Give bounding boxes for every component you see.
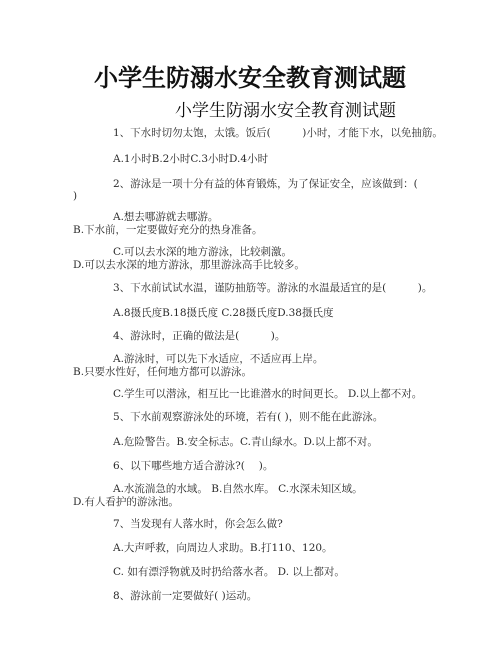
question-2-wrap: )	[73, 190, 77, 202]
question-7-options-cd: C. 如有漂浮物就及时扔给落水者。 D. 以上都对。	[113, 564, 345, 579]
question-6: 6、以下哪些地方适合游泳?( )。	[113, 458, 273, 473]
question-4-option-b: B.只要水性好，任何地方都可以游泳。	[73, 364, 252, 379]
document-title: 小学生防溺水安全教育测试题	[0, 58, 500, 93]
question-6-option-d: D.有人看护的游泳池。	[73, 494, 179, 509]
document-subtitle: 小学生防溺水安全教育测试题	[175, 96, 396, 121]
question-8: 8、游泳前一定要做好( )运动。	[113, 588, 257, 603]
question-2-option-d: D.可以去水深的地方游泳，那里游泳高手比较多。	[73, 257, 305, 272]
question-5: 5、下水前观察游泳处的环境，若有( )，则不能在此游泳。	[113, 409, 383, 424]
question-7: 7、当发现有人落水时，你会怎么做?	[113, 516, 283, 531]
question-1-options: A.1小时B.2小时C.3小时D.4小时	[113, 151, 268, 166]
question-5-options: A.危险警告。B.安全标志。C.青山绿水。D.以上都不对。	[113, 434, 378, 449]
question-3: 3、下水前试试水温，谨防抽筋等。游泳的水温最适宜的是( )。	[113, 280, 432, 295]
question-4: 4、游泳时，正确的做法是( )。	[113, 328, 285, 343]
question-3-options: A.8摄氏度B.18摄氏度 C.28摄氏度D.38摄氏度	[113, 305, 333, 320]
question-2-option-b: B.下水前，一定要做好充分的热身准备。	[73, 222, 263, 237]
question-2: 2、游泳是一项十分有益的体育锻炼，为了保证安全，应该做到：(	[113, 176, 418, 191]
question-7-options-ab: A.大声呼救，向周边人求助。B.打110、120。	[113, 540, 333, 555]
question-1: 1、下水时切勿太饱，太饿。饭后( )小时，才能下水，以免抽筋。	[113, 125, 443, 140]
question-4-option-cd: C.学生可以潜泳，相互比一比谁潜水的时间更长。 D.以上都不对。	[113, 386, 422, 401]
